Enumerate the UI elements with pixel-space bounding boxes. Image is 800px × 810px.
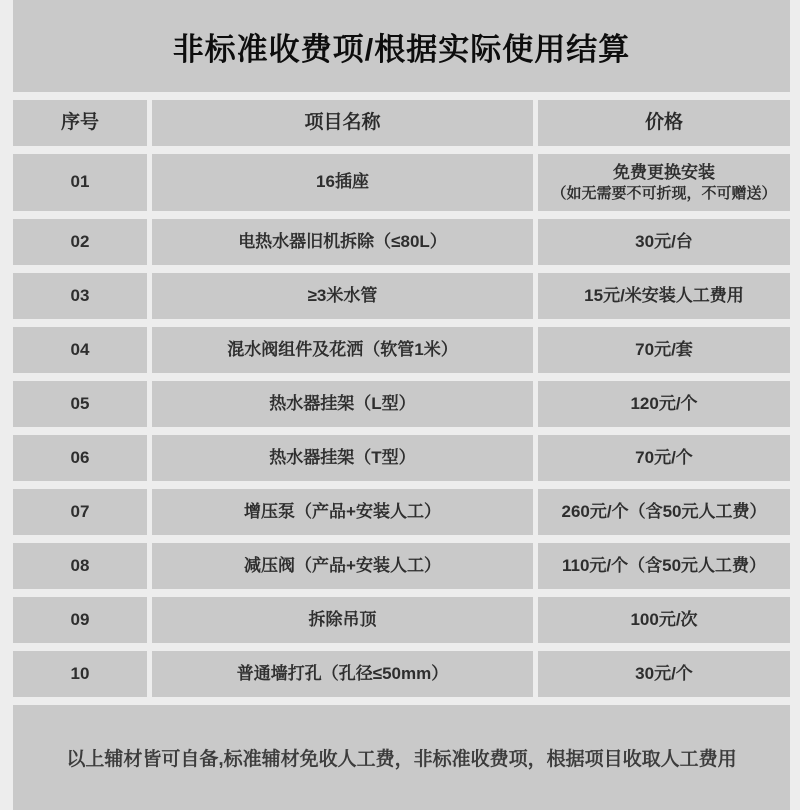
table-row: 04 混水阀组件及花洒（软管1米） 70元/套 (13, 327, 790, 373)
row-no: 10 (13, 651, 147, 697)
row-name: 热水器挂架（T型） (152, 435, 533, 481)
table-row: 07 增压泵（产品+安装人工） 260元/个（含50元人工费） (13, 489, 790, 535)
table-row: 01 16插座 免费更换安装 （如无需要不可折现，不可赠送） (13, 154, 790, 211)
header-cell-no: 序号 (13, 100, 147, 146)
row-price: 15元/米安装人工费用 (538, 273, 790, 319)
row-no: 02 (13, 219, 147, 265)
row-no: 04 (13, 327, 147, 373)
row-price: 120元/个 (538, 381, 790, 427)
row-price: 70元/套 (538, 327, 790, 373)
page-footer: 以上辅材皆可自备,标准辅材免收人工费，非标准收费项，根据项目收取人工费用 (13, 705, 790, 810)
price-main-text: 免费更换安装 (613, 162, 715, 184)
table-row: 10 普通墙打孔（孔径≤50mm） 30元/个 (13, 651, 790, 697)
header-cell-name: 项目名称 (152, 100, 533, 146)
page-header: 非标准收费项/根据实际使用结算 (13, 0, 790, 92)
row-name: 普通墙打孔（孔径≤50mm） (152, 651, 533, 697)
row-price: 30元/个 (538, 651, 790, 697)
row-no: 05 (13, 381, 147, 427)
row-price: 70元/个 (538, 435, 790, 481)
table-row: 06 热水器挂架（T型） 70元/个 (13, 435, 790, 481)
table-row: 02 电热水器旧机拆除（≤80L） 30元/台 (13, 219, 790, 265)
row-price: 260元/个（含50元人工费） (538, 489, 790, 535)
row-price: 110元/个（含50元人工费） (538, 543, 790, 589)
row-price: 30元/台 (538, 219, 790, 265)
row-no: 01 (13, 154, 147, 211)
row-name: 电热水器旧机拆除（≤80L） (152, 219, 533, 265)
price-note-text: （如无需要不可折现，不可赠送） (551, 184, 776, 204)
row-name: 拆除吊顶 (152, 597, 533, 643)
row-no: 09 (13, 597, 147, 643)
row-price: 100元/次 (538, 597, 790, 643)
row-price: 免费更换安装 （如无需要不可折现，不可赠送） (538, 154, 790, 211)
header-cell-price: 价格 (538, 100, 790, 146)
price-table: 序号 项目名称 价格 01 16插座 免费更换安装 （如无需要不可折现，不可赠送… (13, 100, 790, 697)
page-title: 非标准收费项/根据实际使用结算 (173, 24, 631, 69)
footer-note: 以上辅材皆可自备,标准辅材免收人工费，非标准收费项，根据项目收取人工费用 (66, 744, 736, 771)
row-name: 减压阀（产品+安装人工） (152, 543, 533, 589)
row-no: 06 (13, 435, 147, 481)
table-row: 08 减压阀（产品+安装人工） 110元/个（含50元人工费） (13, 543, 790, 589)
row-name: 16插座 (152, 154, 533, 211)
table-row: 03 ≥3米水管 15元/米安装人工费用 (13, 273, 790, 319)
row-name: 增压泵（产品+安装人工） (152, 489, 533, 535)
table-row: 09 拆除吊顶 100元/次 (13, 597, 790, 643)
table-header-row: 序号 项目名称 价格 (13, 100, 790, 146)
row-name: ≥3米水管 (152, 273, 533, 319)
row-no: 07 (13, 489, 147, 535)
row-no: 08 (13, 543, 147, 589)
row-no: 03 (13, 273, 147, 319)
row-name: 热水器挂架（L型） (152, 381, 533, 427)
table-row: 05 热水器挂架（L型） 120元/个 (13, 381, 790, 427)
pricing-page: 非标准收费项/根据实际使用结算 序号 项目名称 价格 01 16插座 免费更换安… (0, 0, 800, 810)
row-name: 混水阀组件及花洒（软管1米） (152, 327, 533, 373)
